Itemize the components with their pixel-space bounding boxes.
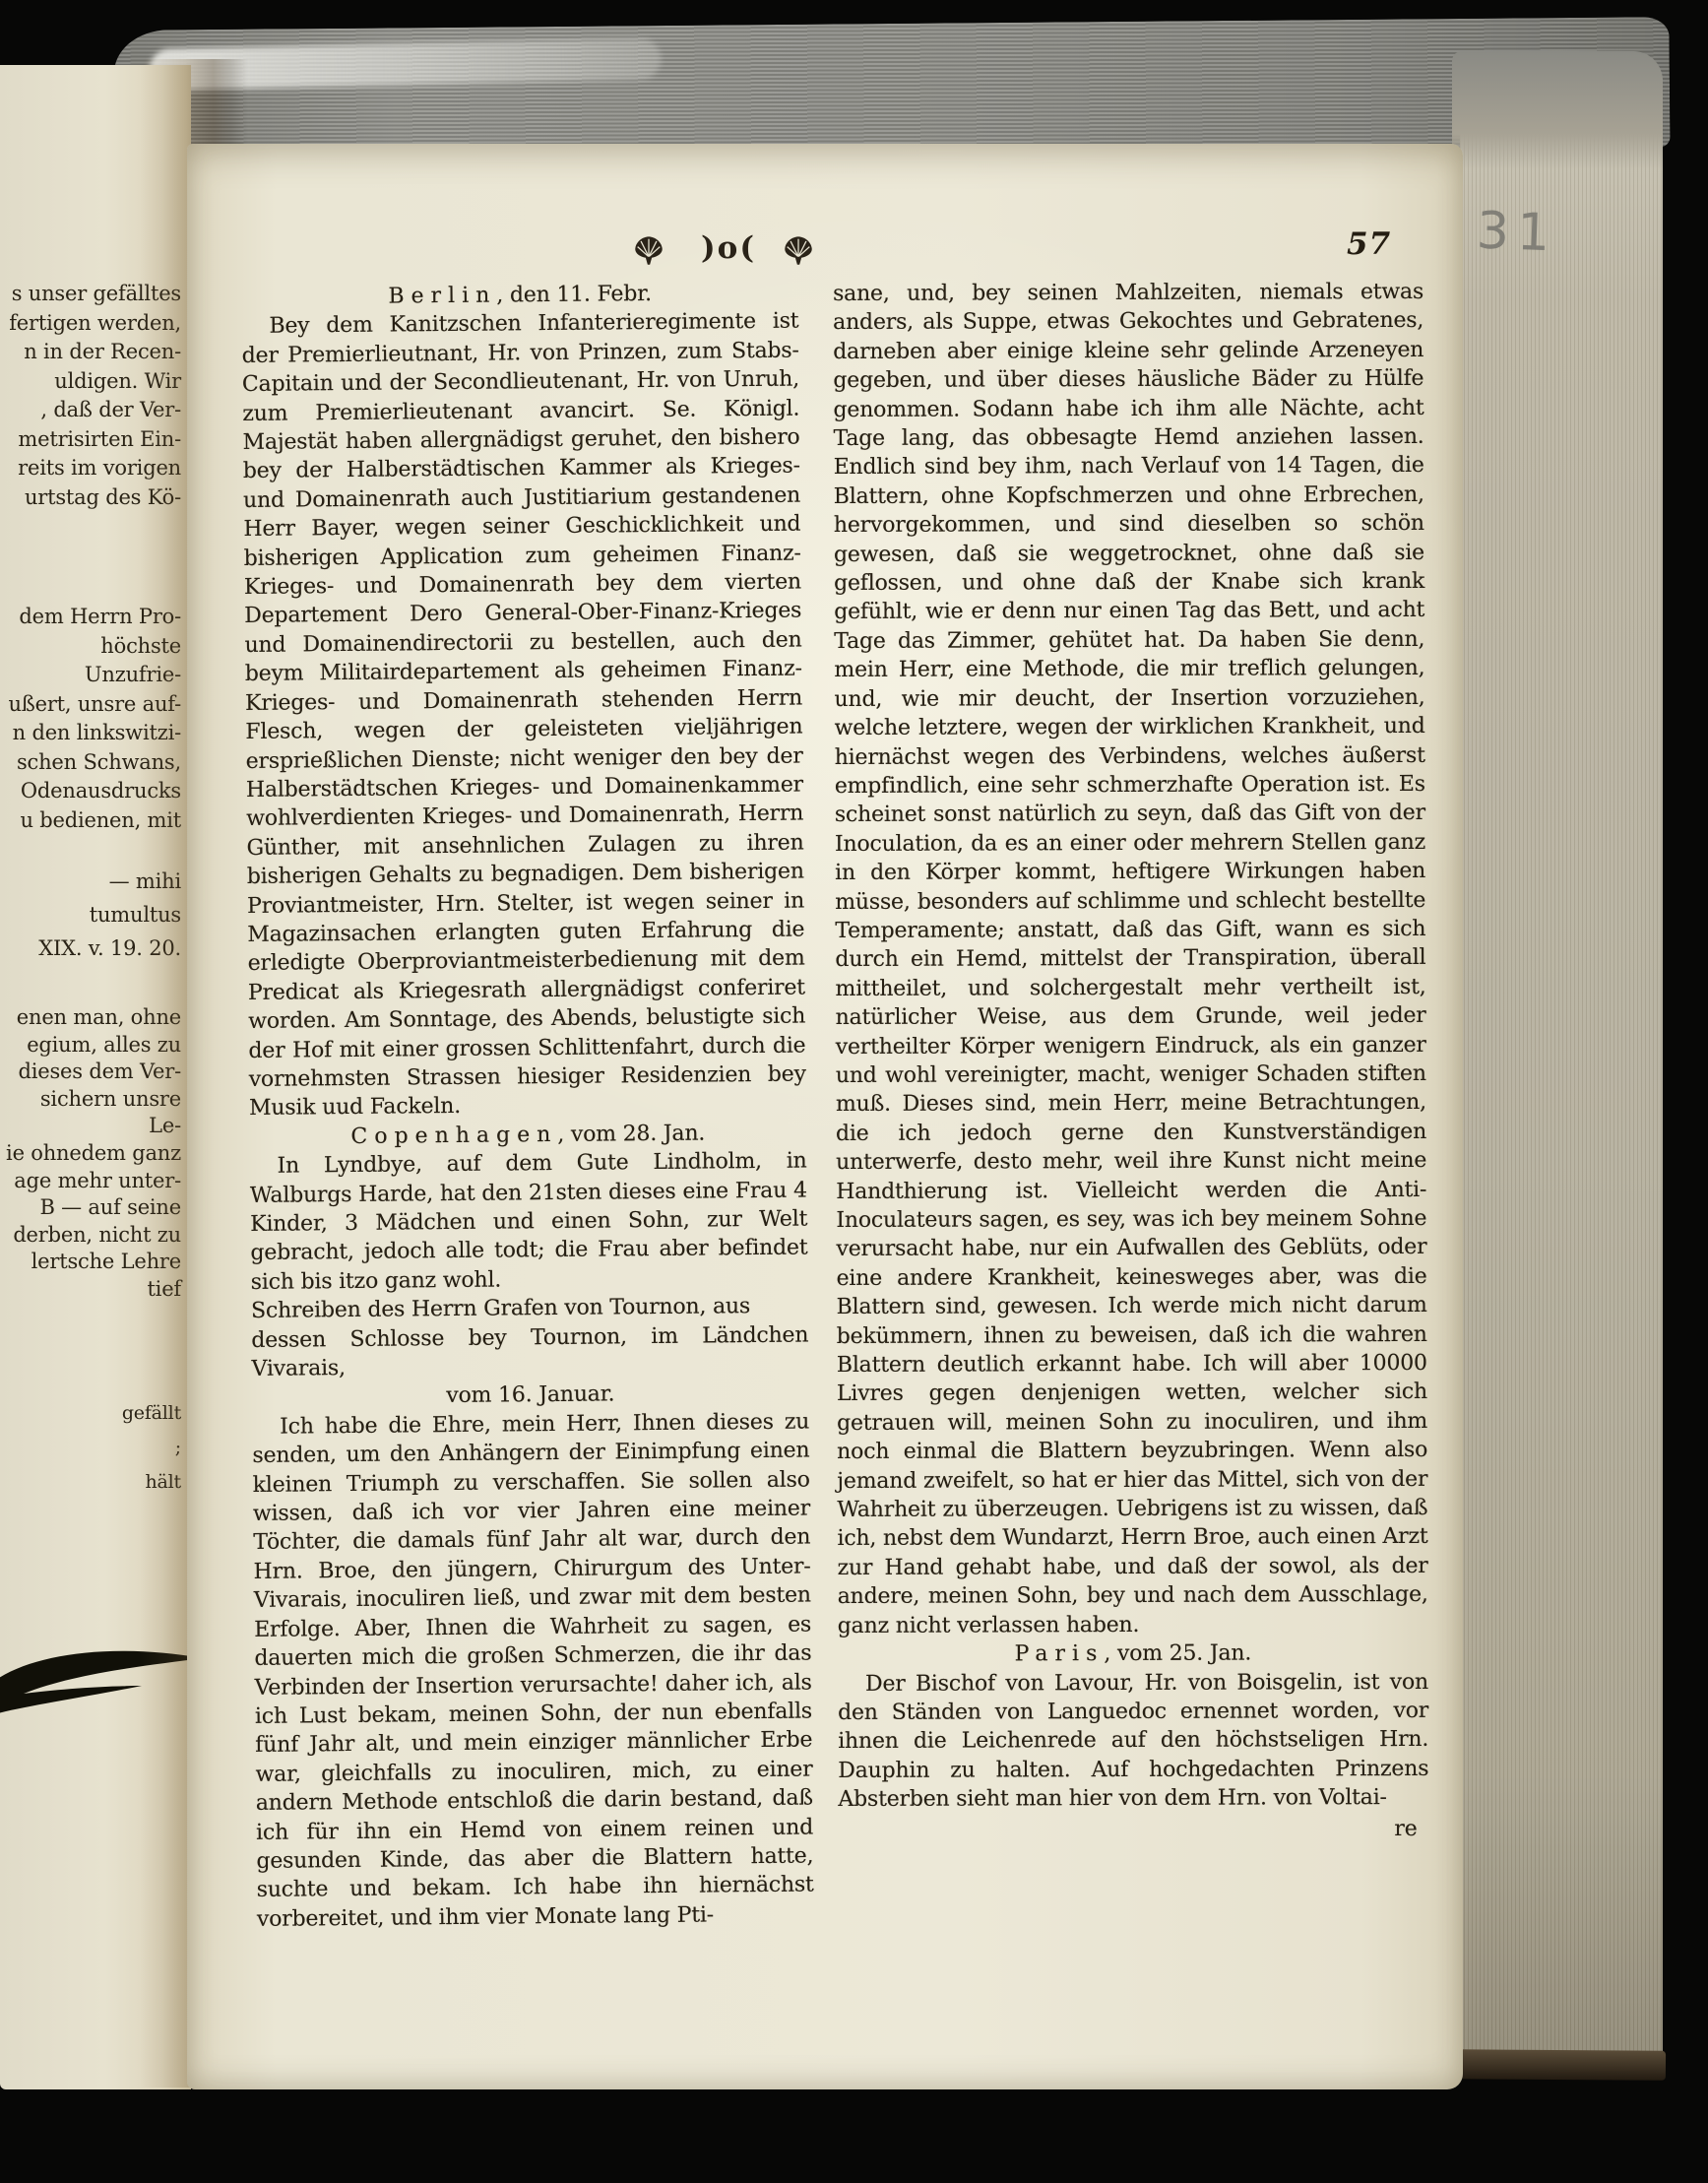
page-number: 57 bbox=[1347, 226, 1391, 262]
margin-fragment-line: höchste Unzufrie- bbox=[6, 632, 181, 690]
margin-fragment-group: gefällt ; hält bbox=[6, 1396, 181, 1500]
letter-subheading: Schreiben des Herrn Grafen von Tournon, … bbox=[251, 1292, 809, 1413]
margin-fragment-line: egium, alles zu bbox=[6, 1032, 181, 1059]
margin-fragment-group-latin: — mihi tumultus XIX. v. 19. 20. bbox=[6, 865, 181, 965]
dateline-city: Copenhagen bbox=[350, 1123, 557, 1149]
pencil-folio-number: 31 bbox=[1476, 202, 1558, 264]
subheading-line: dessen Schlosse bey Tournon, im Ländchen… bbox=[251, 1320, 809, 1383]
margin-fragment-group: s unser gefälltes fertigen werden, n in … bbox=[6, 280, 181, 512]
signature-mark: )o( bbox=[701, 230, 756, 266]
margin-fragment-group: enen man, ohne egium, alles zu dieses de… bbox=[6, 1004, 181, 1304]
margin-fragment-line: tumultus bbox=[6, 898, 181, 931]
book-cover-bottom-edge bbox=[1455, 2049, 1666, 2080]
margin-fragment-line: XIX. v. 19. 20. bbox=[6, 931, 181, 965]
dateline-date: , vom 28. Jan. bbox=[557, 1121, 705, 1146]
catchword: re bbox=[838, 1814, 1428, 1845]
margin-fragment-line: ; bbox=[6, 1431, 181, 1465]
margin-fragment-line: Odenausdrucks bbox=[6, 777, 181, 806]
margin-fragment-line: — mihi bbox=[6, 865, 181, 898]
left-text-column: Berlin, den 11. Febr. Bey dem Kanitzsche… bbox=[241, 279, 814, 1935]
fore-edge-top-corner bbox=[1452, 51, 1663, 169]
margin-fragment-line: ie ohnedem ganz bbox=[6, 1140, 181, 1168]
dateline-city: Berlin bbox=[388, 284, 496, 309]
margin-fragment-line: n in der Recen- bbox=[6, 338, 181, 367]
right-text-column: sane, und, bey seinen Mahlzeiten, niemal… bbox=[833, 278, 1429, 1845]
letter-paragraph-continued: sane, und, bey seinen Mahlzeiten, niemal… bbox=[833, 278, 1428, 1640]
margin-fragment-line: s unser gefälltes bbox=[6, 280, 181, 309]
page: )o( 57 Berlin, den 11. Febr. Bey dem Kan… bbox=[187, 144, 1463, 2089]
shell-ornament-icon bbox=[632, 234, 665, 266]
margin-fragment-line: B — auf seine bbox=[6, 1194, 181, 1222]
margin-fragment-line: age mehr unter- bbox=[6, 1168, 181, 1195]
news-paragraph: Bey dem Kanitzschen Infanterieregimente … bbox=[241, 307, 806, 1124]
margin-fragment-line: sichern unsre Le- bbox=[6, 1086, 181, 1140]
margin-fragment-line: lertsche Lehre tief bbox=[6, 1249, 181, 1303]
letter-paragraph: Ich habe die Ehre, mein Herr, Ihnen dies… bbox=[252, 1407, 814, 1934]
margin-fragment-line: u bedienen, mit bbox=[6, 806, 181, 836]
page-edge-highlight bbox=[149, 37, 662, 91]
margin-fragment-line: dem Herrn Pro- bbox=[6, 603, 181, 632]
margin-fragment-line: schen Schwans, bbox=[6, 748, 181, 778]
margin-fragment-line: dieses dem Ver- bbox=[6, 1059, 181, 1086]
margin-fragment-line: metrisirten Ein- bbox=[6, 425, 181, 455]
margin-fragment-line: n den linkswitzi- bbox=[6, 719, 181, 748]
margin-fragment-line: hält bbox=[6, 1465, 181, 1500]
margin-fragment-group: dem Herrn Pro- höchste Unzufrie- ußert, … bbox=[6, 603, 181, 835]
margin-fragment-line: enen man, ohne bbox=[6, 1004, 181, 1032]
margin-fragment-line: fertigen werden, bbox=[6, 309, 181, 339]
facing-page-sliver: s unser gefälltes fertigen werden, n in … bbox=[0, 65, 191, 2089]
book-top-page-edges bbox=[113, 17, 1670, 161]
dateline-city: Paris bbox=[1015, 1641, 1105, 1666]
news-paragraph: In Lyndbye, auf dem Gute Lindholm, in Wa… bbox=[249, 1147, 807, 1297]
margin-fragment-line: gefällt bbox=[6, 1396, 181, 1431]
margin-fragment-line: ußert, unsre auf- bbox=[6, 690, 181, 720]
dateline-heading-paris: Paris, vom 25. Jan. bbox=[838, 1638, 1428, 1670]
dateline-date: , den 11. Febr. bbox=[496, 282, 652, 308]
margin-fragment-line: derben, nicht zu bbox=[6, 1222, 181, 1250]
margin-fragment-line: reits im vorigen bbox=[6, 454, 181, 483]
margin-fragment-line: , daß der Ver- bbox=[6, 396, 181, 425]
news-paragraph: Der Bischof von Lavour, Hr. von Boisgeli… bbox=[838, 1667, 1429, 1814]
margin-fragment-line: urtstag des Kö- bbox=[6, 483, 181, 513]
dateline-date: , vom 25. Jan. bbox=[1104, 1641, 1251, 1667]
book-fore-edge bbox=[1460, 57, 1663, 2078]
book-scan: s unser gefälltes fertigen werden, n in … bbox=[0, 0, 1708, 2183]
margin-fragment-line: uldigen. Wir bbox=[6, 367, 181, 397]
shell-ornament-icon bbox=[782, 234, 815, 266]
